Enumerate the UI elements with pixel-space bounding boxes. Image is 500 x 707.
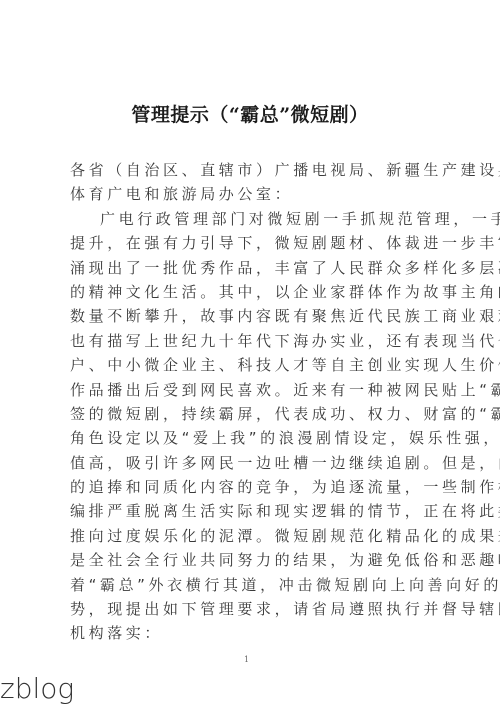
body-line: 的精神文化生活。其中，以企业家群体作为故事主角的微短剧 [70,280,435,304]
body-line: 角色设定以及“爱上我”的浪漫剧情设定，娱乐性强，情绪价 [70,426,435,450]
body-line: 着“霸总”外衣横行其道，冲击微短剧向上向善向好的发展态 [70,573,435,597]
document-body: 各省（自治区、直辖市）广播电视局、新疆生产建设兵团文化 体育广电和旅游局办公室：… [70,158,435,646]
body-line: 的追捧和同质化内容的竞争，为追逐流量，一些制作机构争相 [70,475,435,499]
page-number: 1 [244,655,249,664]
body-line: 也有描写上世纪九十年代下海办实业，还有表现当代个体工商 [70,329,435,353]
body-line: 各省（自治区、直辖市）广播电视局、新疆生产建设兵团文化 [70,158,435,182]
document-title: 管理提示（“霸总”微短剧） [0,100,500,127]
body-line: 势，现提出如下管理要求，请省局遵照执行并督导辖区平台和 [70,597,435,621]
body-line: 体育广电和旅游局办公室： [70,182,435,206]
body-line: 值高，吸引许多网民一边吐槽一边继续追剧。但是，由于市场 [70,451,435,475]
watermark: zblog [0,672,74,705]
body-line: 涌现出了一批优秀作品，丰富了人民群众多样化多层次多方面 [70,256,435,280]
body-line: 推向过度娱乐化的泥潭。微短剧规范化精品化的成果来之不易， [70,524,435,548]
body-line: 广电行政管理部门对微短剧一手抓规范管理，一手抓创作 [70,207,435,231]
body-line: 户、中小微企业主、科技人才等自主创业实现人生价值，一些 [70,353,435,377]
body-line: 作品播出后受到网民喜欢。近来有一种被网民贴上“霸总”标 [70,378,435,402]
body-line: 签的微短剧，持续霸屏，代表成功、权力、财富的“霸道总裁” [70,402,435,426]
body-line: 是全社会全行业共同努力的结果，为避免低俗和恶趣味内容披 [70,548,435,572]
body-line: 数量不断攀升，故事内容既有聚焦近代民族工商业艰难崛起， [70,304,435,328]
body-line: 机构落实： [70,621,435,645]
body-line: 编排严重脱离生活实际和现实逻辑的情节，正在将此类微短剧 [70,499,435,523]
body-line: 提升，在强有力引导下，微短剧题材、体裁进一步丰富和创新， [70,231,435,255]
